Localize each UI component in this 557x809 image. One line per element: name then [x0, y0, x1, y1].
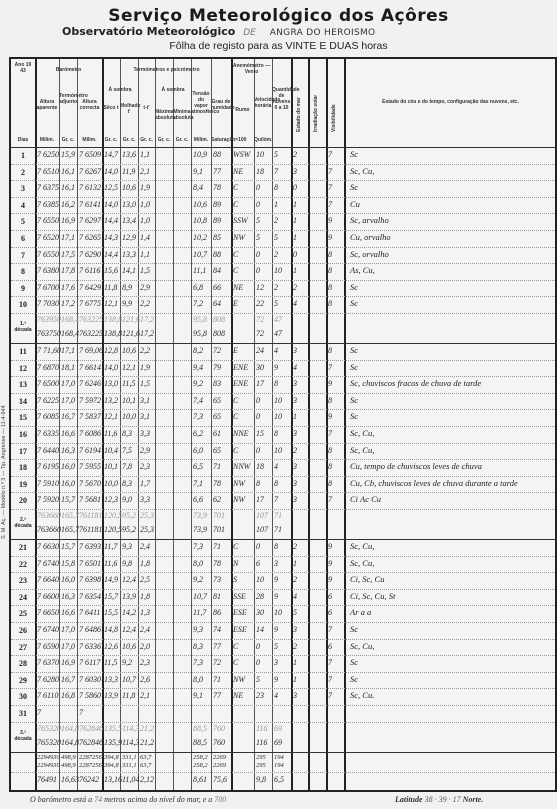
header-unit: Quilóm.	[254, 137, 272, 143]
cell-hum: 65	[213, 412, 221, 421]
cell-tens: 7,3	[193, 412, 203, 421]
cell-vis: 7	[328, 625, 332, 634]
cell-hum: 66	[213, 283, 221, 292]
cell-molh: 10,1	[122, 396, 136, 405]
cell-term: 17,2	[61, 299, 75, 308]
decade-molh: 114,3	[122, 738, 139, 747]
header-a-sombra: À sombra	[102, 87, 138, 93]
cell-rumo: NE	[233, 691, 243, 700]
cell-dif: 1,9	[140, 183, 150, 192]
cell-alt: 7 6640	[37, 575, 59, 584]
cell-vis: 9	[328, 412, 332, 421]
cell-dif: 1,3	[140, 608, 150, 617]
header-vertical: Estado do mar	[296, 72, 302, 132]
cell-term: 17,0	[61, 379, 75, 388]
decade-dif: 25,3	[140, 511, 154, 520]
cell-tens: 9,2	[193, 379, 203, 388]
decade-vel: 116	[256, 738, 267, 747]
cell-seco: 13,0	[104, 379, 118, 388]
total-molh: 331,1	[122, 762, 137, 769]
cell-vis: 8	[328, 446, 332, 455]
cell-term: 16,1	[61, 183, 75, 192]
row-rule	[11, 443, 555, 444]
cell-nuv: 4	[274, 691, 278, 700]
cell-corr: 7 6141	[79, 200, 101, 209]
day-number: 26	[12, 626, 34, 635]
weather-remark: Cu, orvalho	[350, 232, 391, 242]
cell-molh: 10,0	[122, 412, 136, 421]
cell-term: 16,1	[61, 167, 75, 176]
latitude-label: Latitude	[395, 795, 423, 804]
decade-seco: 135,5	[104, 724, 122, 733]
cell-nuv: 5	[274, 150, 278, 159]
cell-corr: 7 6775	[79, 299, 101, 308]
decade-nuv: 69	[274, 738, 282, 747]
cell-seco: 15,5	[104, 608, 118, 617]
total-nuv: 194	[274, 754, 284, 761]
row-rule	[11, 539, 555, 540]
decade-alt: 763950	[37, 315, 61, 324]
cell-molh: 9,8	[122, 559, 132, 568]
cell-rumo: C	[233, 396, 238, 405]
cell-vel: 22	[256, 299, 264, 308]
decade-label: 3.ª década	[12, 730, 34, 742]
cell-hum: 83	[213, 379, 221, 388]
decade-alt: 763660	[37, 525, 61, 534]
cell-dif: 3,1	[140, 412, 150, 421]
cell-molh: 9,0	[122, 495, 132, 504]
cell-tens: 11,7	[193, 608, 206, 617]
cell-corr: 7 6117	[79, 658, 100, 667]
cell-alt: 7 6550	[37, 216, 59, 225]
weather-remark: Sc	[350, 674, 358, 684]
cell-vis: 7	[328, 658, 332, 667]
weather-remark: Sc, orvalho	[350, 249, 389, 259]
cell-dif: 1,0	[140, 200, 150, 209]
weather-remark: Sc	[350, 624, 358, 634]
cell-hum: 64	[213, 299, 221, 308]
cell-rumo: SSE	[233, 592, 246, 601]
cell-alt: 7 6520	[37, 233, 59, 242]
decade-hum: 808	[213, 315, 225, 324]
row-rule	[11, 688, 555, 689]
cell-vel: 0	[256, 542, 260, 551]
weather-remark: Cu, tempo de chuviscos leves de chuva	[350, 461, 482, 471]
cell-molh: 13,9	[122, 592, 136, 601]
column-rule	[59, 59, 60, 790]
cell-nuv: 8	[274, 429, 278, 438]
service-title: Serviço Meteorológico dos Açôres	[0, 6, 557, 26]
cell-nuv: 9	[274, 592, 278, 601]
decade-dif: 25,3	[140, 525, 154, 534]
weather-remark: Cu	[350, 199, 360, 209]
cell-vel: 15	[256, 429, 264, 438]
cell-dif: 2,4	[140, 625, 150, 634]
day-number: 5	[12, 217, 34, 226]
cell-term: 16,2	[61, 200, 75, 209]
weather-remark: Sc	[350, 411, 358, 421]
cell-molh: 9,3	[122, 542, 132, 551]
cell-alt: 7 6870	[37, 363, 59, 372]
cell-vis: 6	[328, 608, 332, 617]
cell-alt: 7 6225	[37, 396, 59, 405]
cell-vel: 28	[256, 592, 264, 601]
row-rule	[11, 589, 555, 590]
cell-dif: 2,1	[140, 691, 150, 700]
cell-rumo: NW	[233, 675, 245, 684]
cell-alt: 7 6280	[37, 675, 59, 684]
cell-mar: 1	[293, 233, 297, 242]
decade-tens: 95,8	[193, 329, 207, 338]
cell-mar: 1	[293, 216, 297, 225]
row-rule	[11, 376, 555, 377]
cell-corr: 7 6336	[79, 642, 101, 651]
cell-tens: 8,2	[193, 346, 203, 355]
cell-alt: 7 6370	[37, 658, 59, 667]
cell-hum: 71	[213, 542, 221, 551]
cell-molh: 8,9	[122, 283, 132, 292]
day-number: 19	[12, 480, 34, 489]
total-corr: 2287256	[79, 754, 102, 761]
row-rule	[11, 280, 555, 281]
cell-vel: 5	[256, 233, 260, 242]
weather-remark: Sc, Cu,	[350, 445, 374, 455]
cell-molh: 10,7	[122, 675, 136, 684]
cell-mar: 1	[293, 266, 297, 275]
cell-alt: 7 6440	[37, 446, 59, 455]
header-termometros: Termómetros e psicrómetro	[102, 67, 231, 73]
cell-molh: 8,3	[122, 479, 132, 488]
row-rule	[11, 672, 555, 673]
cell-term: 16,0	[61, 462, 75, 471]
cell-rumo: S	[233, 575, 237, 584]
cell-mar: 3	[293, 479, 297, 488]
cell-nuv: 9	[274, 363, 278, 372]
day-number: 14	[12, 397, 34, 406]
total-term: 498,9	[61, 754, 76, 761]
cell-vis: 6	[328, 592, 332, 601]
decade-hum: 760	[213, 724, 225, 733]
total-vel: 295	[256, 754, 266, 761]
weather-remark: Sc	[350, 657, 358, 667]
cell-alt: 7 6700	[37, 283, 59, 292]
cell-nuv: 10	[274, 396, 282, 405]
total-tens: 258,2	[193, 754, 208, 761]
row-rule	[11, 230, 555, 231]
cell-tens: 6,2	[193, 429, 203, 438]
cell-seco: 14,7	[104, 150, 118, 159]
row-rule	[11, 492, 555, 493]
header-unit: Milim.	[77, 137, 102, 143]
cell-mar: 3	[293, 379, 297, 388]
cell-vis: 8	[328, 346, 332, 355]
cell-vel: 0	[256, 446, 260, 455]
cell-nuv: 10	[274, 266, 282, 275]
cell-hum: 71	[213, 462, 221, 471]
row-rule	[11, 343, 555, 344]
column-rule	[211, 59, 212, 790]
cell-alt: 7 6375	[37, 183, 59, 192]
cell-dif: 1,8	[140, 559, 150, 568]
cell-hum: 72	[213, 346, 221, 355]
decade-molh: 121,6	[122, 329, 140, 338]
cell-seco: 10,1	[104, 462, 118, 471]
cell-rumo: WSW	[233, 150, 250, 159]
cell-nuv: 9	[274, 625, 278, 634]
row-rule	[11, 655, 555, 656]
row-rule	[11, 509, 555, 510]
header-barometro: Barómetro	[35, 67, 102, 73]
cell-mar: 2	[293, 642, 297, 651]
cell-rumo: ENE	[233, 379, 248, 388]
row-rule	[11, 409, 555, 410]
cell-vel: 23	[256, 691, 264, 700]
cell-molh: 11,9	[122, 167, 135, 176]
cell-hum: 78	[213, 479, 221, 488]
decade-tens: 95,8	[193, 315, 207, 324]
day-number: 23	[12, 576, 34, 585]
decade-tens: 88,5	[193, 738, 207, 747]
header-nuvens: Quantidade de nuvens 0 a 10	[272, 87, 291, 111]
cell-nuv: 8	[274, 183, 278, 192]
decade-corr: 763225	[79, 329, 103, 338]
cell-term: 16,7	[61, 412, 75, 421]
cell-alt: 7 7030	[37, 299, 59, 308]
row-rule	[11, 393, 555, 394]
cell-nuv: 4	[274, 462, 278, 471]
header-unit: Milim.	[35, 137, 59, 143]
cell-nuv: 10	[274, 412, 282, 421]
row-rule	[11, 459, 555, 460]
cell-tens: 7,1	[193, 479, 203, 488]
day-number: 31	[12, 709, 34, 718]
column-rule	[308, 59, 310, 790]
day-number: 1	[12, 151, 34, 160]
decade-molh: 95,2	[122, 511, 136, 520]
cell-molh: 13,6	[122, 150, 136, 159]
cell-alt: 7 6740	[37, 559, 59, 568]
cell-vis: 8	[328, 479, 332, 488]
cell-corr: 7 6265	[79, 233, 101, 242]
cell-corr: 7 6267	[79, 167, 101, 176]
cell-vel: 30	[256, 363, 264, 372]
decade-hum: 701	[213, 525, 225, 534]
cell-mar: 1	[293, 559, 297, 568]
latitude-suffix: Norte.	[463, 795, 484, 804]
header-altura-correcta: Altura correcta	[77, 99, 102, 111]
cell-hum: 73	[213, 575, 221, 584]
cell-tens: 7,3	[193, 542, 203, 551]
header-vertical: Visibilidade	[331, 72, 337, 132]
decade-molh: 95,2	[122, 525, 136, 534]
cell-molh: 9,2	[122, 658, 132, 667]
cell-tens: 7,4	[193, 396, 203, 405]
cell-alt: 7 6510	[37, 167, 59, 176]
cell-rumo: NW	[233, 233, 245, 242]
cell-rumo: E	[233, 299, 238, 308]
cell-corr: 7 6411	[79, 608, 100, 617]
weather-remark: Sc	[350, 362, 358, 372]
cell-rumo: ESE	[233, 608, 247, 617]
cell-vel: 10	[256, 150, 264, 159]
decade-label: 1.ª década	[12, 321, 34, 333]
weather-remark: Sc, chuviscos fracos de chuva de tarde	[350, 378, 481, 388]
cell-vis: 8	[328, 266, 332, 275]
cell-hum: 71	[213, 675, 221, 684]
day-number: 13	[12, 380, 34, 389]
cell-mar: 5	[293, 608, 297, 617]
header-anemometro: Anemómetro — Vento	[231, 63, 272, 75]
decade-molh: 114,3	[122, 724, 139, 733]
cell-nuv: 3	[274, 559, 278, 568]
cell-mar: 0	[293, 250, 297, 259]
cell-nuv: 2	[274, 250, 278, 259]
day-number: 11	[12, 347, 34, 356]
row-rule	[11, 247, 555, 248]
row-rule	[11, 426, 555, 427]
cell-nuv: 3	[274, 658, 278, 667]
cell-vis: 8	[328, 396, 332, 405]
cell-molh: 7,8	[122, 462, 132, 471]
cell-mar: 3	[293, 691, 297, 700]
header-unit: Gr. c.	[120, 137, 138, 143]
column-rule	[191, 59, 192, 790]
barometer-text-2: metros acima do nível do mar, e a	[104, 795, 212, 804]
cell-seco: 14,3	[104, 233, 118, 242]
cell-hum: 62	[213, 495, 221, 504]
weather-remark: Sc, Cu,	[350, 166, 374, 176]
row-rule	[11, 605, 555, 606]
cell-rumo: SSW	[233, 216, 248, 225]
header-unit: Saturação=100	[211, 137, 231, 143]
cell-dif: 2,2	[140, 299, 150, 308]
header-altura-aparente: Altura aparente	[35, 99, 59, 111]
cell-dif: 2,5	[140, 575, 150, 584]
cell-corr: 7 6429	[79, 283, 101, 292]
decade-corr: 761181	[79, 511, 102, 520]
decade-corr: 762846	[79, 738, 103, 747]
cell-seco: 10,4	[104, 446, 118, 455]
register-table: S. M. Aç. — Modêlo n.º 3 — Tip. Angrense…	[9, 57, 557, 792]
cell-dif: 2,4	[140, 542, 150, 551]
cell-corr: 7 6086	[79, 429, 101, 438]
total-seco: 394,8	[104, 762, 119, 769]
header-molhado: Molhado t'	[120, 103, 138, 115]
header-rumo: Rumo	[231, 107, 254, 113]
cell-dif: 3,3	[140, 495, 150, 504]
cell-dif: 2,9	[140, 446, 150, 455]
cell-nuv: 10	[274, 608, 282, 617]
cell-rumo: C	[233, 658, 238, 667]
decade-alt: 763660	[37, 511, 61, 520]
cell-hum: 88	[213, 150, 221, 159]
cell-tens: 10,7	[193, 592, 207, 601]
cell-tens: 8,0	[193, 559, 203, 568]
cell-molh: 9,9	[122, 299, 132, 308]
decade-tens: 73,9	[193, 525, 207, 534]
row-rule	[11, 197, 555, 198]
header-seco: Sêco t	[102, 105, 120, 111]
cell-seco: 11,5	[104, 658, 117, 667]
header-tensao: Tensão do vapor atmosférico	[191, 91, 211, 115]
day-number: 15	[12, 413, 34, 422]
cell-seco: 14,9	[104, 575, 118, 584]
row-rule	[11, 622, 555, 623]
cell-rumo: C	[233, 183, 238, 192]
header-a-sombra-2: À sombra	[155, 87, 191, 93]
cell-vel: 30	[256, 608, 264, 617]
mean-dif: 2,12	[140, 775, 154, 784]
cell-mar: 3	[293, 346, 297, 355]
cell-seco: 14,4	[104, 250, 118, 259]
cell-tens: 6,6	[193, 495, 203, 504]
column-rule	[344, 59, 346, 790]
cell-tens: 6,0	[193, 446, 203, 455]
cell-molh: 11,5	[122, 379, 135, 388]
cell-term: 17,8	[61, 266, 75, 275]
decade-seco: 135,9	[104, 738, 122, 747]
cell-mar: 1	[293, 200, 297, 209]
decade-corr: 763225	[79, 315, 103, 324]
barometer-distance: 700	[214, 795, 226, 804]
column-rule	[272, 59, 273, 790]
day-number: 10	[12, 300, 34, 309]
weather-remark: Sc, Cu,	[350, 641, 374, 651]
cell-nuv: 9	[274, 675, 278, 684]
cell-seco: 11,6	[104, 559, 117, 568]
cell-molh: 13,4	[122, 216, 136, 225]
total-molh: 331,1	[122, 754, 137, 761]
column-rule	[77, 59, 78, 790]
cell-hum: 77	[213, 167, 221, 176]
decade-term: 168,4	[61, 329, 79, 338]
cell-rumo: C	[233, 266, 238, 275]
cell-alt: 7 6385	[37, 200, 59, 209]
cell-hum: 78	[213, 559, 221, 568]
cell-rumo: C	[233, 250, 238, 259]
cell-seco: 12,1	[104, 412, 118, 421]
cell-tens: 10,6	[193, 200, 207, 209]
cell-mar: 3	[293, 429, 297, 438]
cell-term: 17,6	[61, 283, 75, 292]
decade-term: 168,4	[61, 315, 79, 324]
cell-vel: 5	[256, 675, 260, 684]
cell-seco: 13,3	[104, 675, 118, 684]
cell-rumo: C	[233, 200, 238, 209]
cell-vel: 17	[256, 379, 264, 388]
column-rule	[138, 59, 139, 790]
weather-remark: Sc, Cu.	[350, 690, 374, 700]
cell-molh: 14,1	[122, 266, 136, 275]
cell-nuv: 5	[274, 642, 278, 651]
day-number: 29	[12, 676, 34, 685]
decade-tens: 73,9	[193, 511, 207, 520]
cell-alt: 7 6550	[37, 250, 59, 259]
day-number: 7	[12, 251, 34, 260]
header-unit: Milim.	[191, 137, 211, 143]
mean-molh: 11,04	[122, 775, 139, 784]
barometer-note: O barómetro está a 74 metros acima do ní…	[30, 795, 226, 804]
cell-mar: 1	[293, 658, 297, 667]
row-rule	[11, 147, 555, 148]
cell-molh: 12,1	[122, 363, 136, 372]
cell-vis: 7	[328, 167, 332, 176]
mean-tens: 8,61	[193, 775, 207, 784]
cell-rumo: E	[233, 346, 238, 355]
row-rule	[11, 296, 555, 297]
cell-alt: 7 6110	[37, 691, 58, 700]
cell-alt: 7 6600	[37, 592, 59, 601]
